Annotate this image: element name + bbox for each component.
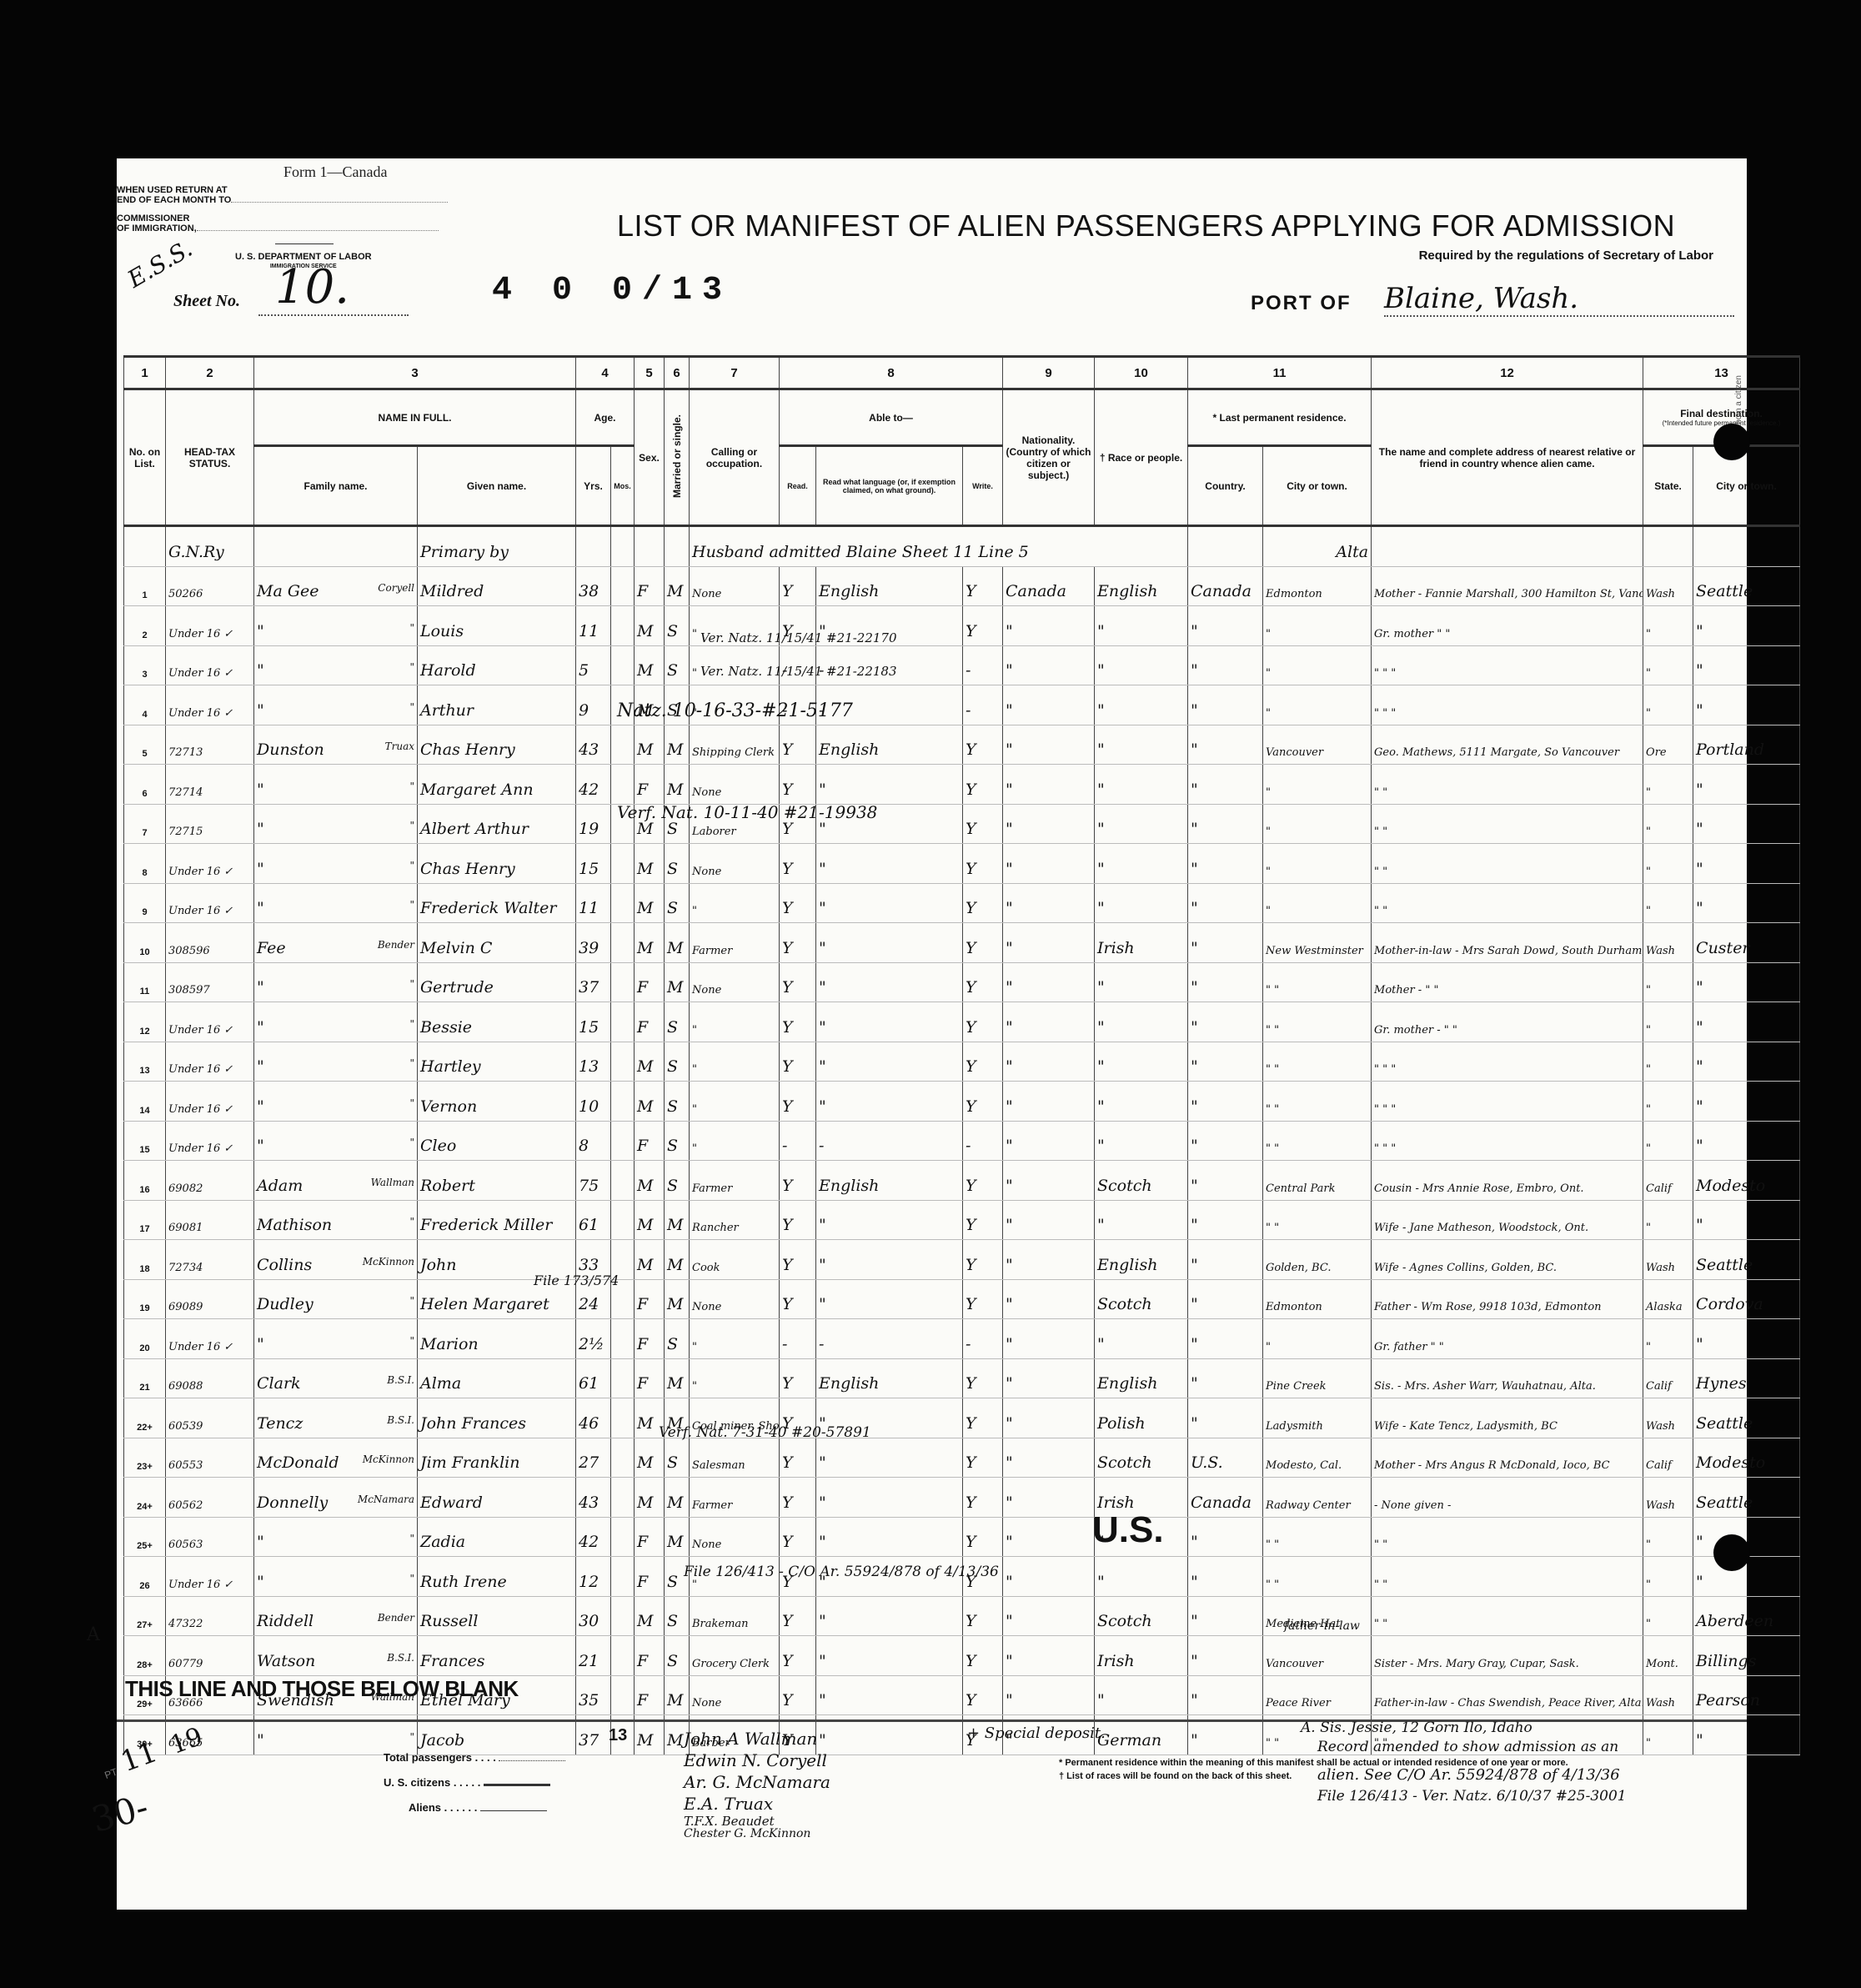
nationality-cell: " [1003, 1517, 1095, 1557]
country-cell: " [1188, 923, 1263, 963]
inspector-name: " [409, 1097, 414, 1109]
read-cell: Y [780, 844, 816, 884]
given-cell: Bessie [418, 1002, 576, 1042]
mos-cell [611, 1557, 635, 1597]
no-cell: 25+ [124, 1517, 166, 1557]
yrs-cell: 5 [576, 645, 611, 685]
race-cell: Polish [1095, 1398, 1188, 1438]
header-state: State. [1643, 446, 1693, 526]
header-married: Married or single. [665, 389, 690, 526]
ms-cell: M [665, 1279, 690, 1319]
table-row: 11308597""Gertrude37FMNoneY"Y"""" "Mothe… [124, 962, 1800, 1002]
tax-cell: Under 16 ✓ [166, 1121, 254, 1161]
inspector-name: Wallman [371, 1177, 414, 1188]
nationality-cell: " [1003, 685, 1095, 725]
nationality-cell: " [1003, 1200, 1095, 1240]
country-cell: " [1188, 1398, 1263, 1438]
read-cell: Y [780, 1675, 816, 1715]
city-cell: " " [1263, 1042, 1372, 1082]
no-cell: 7 [124, 804, 166, 844]
family-name-cell: "" [254, 645, 418, 685]
read-cell: Y [780, 1517, 816, 1557]
given-cell: Frances [418, 1636, 576, 1676]
ms-cell: M [665, 1517, 690, 1557]
mos-cell [611, 606, 635, 646]
city-cell: Vancouver [1263, 1636, 1372, 1676]
race-cell: " [1095, 685, 1188, 725]
header-able-to: Able to— [780, 389, 1003, 446]
state-cell: Wash [1643, 1398, 1693, 1438]
table-row: 14Under 16 ✓""Vernon10MS"Y"Y"""" "" " ""… [124, 1082, 1800, 1122]
dest-cell: " [1693, 883, 1800, 923]
country-cell: " [1188, 804, 1263, 844]
city-cell: " [1263, 844, 1372, 884]
city-cell: " " [1263, 1200, 1372, 1240]
ms-cell: S [665, 1438, 690, 1478]
state-cell: Mont. [1643, 1636, 1693, 1676]
tax-cell: Under 16 ✓ [166, 685, 254, 725]
family-name-cell: "" [254, 606, 418, 646]
yrs-cell: 10 [576, 1082, 611, 1122]
dest-cell: " [1693, 685, 1800, 725]
write-cell: Y [963, 962, 1003, 1002]
family-name-cell: "" [254, 804, 418, 844]
yrs-cell: 37 [576, 962, 611, 1002]
signature-beaudet: T.F.X. Beaudet [684, 1815, 830, 1828]
state-cell: Ore [1643, 725, 1693, 765]
table-row: 9Under 16 ✓""Frederick Walter11MS"Y"Y"""… [124, 883, 1800, 923]
ms-cell: S [665, 1002, 690, 1042]
yrs-cell: 15 [576, 1002, 611, 1042]
dest-cell: Modesto [1693, 1161, 1800, 1201]
write-cell: Y [963, 844, 1003, 884]
country-cell: " [1188, 1675, 1263, 1715]
nationality-cell: " [1003, 1002, 1095, 1042]
state-cell: Wash [1643, 1240, 1693, 1280]
sex-cell: M [635, 923, 665, 963]
occupation-cell: " [690, 1002, 780, 1042]
yrs-cell: 42 [576, 765, 611, 805]
mos-cell [611, 1517, 635, 1557]
family-name: " [257, 1137, 264, 1155]
tax-cell: Under 16 ✓ [166, 1557, 254, 1597]
race-cell: English [1095, 1358, 1188, 1398]
city-cell: Vancouver [1263, 725, 1372, 765]
occupation-cell: Brakeman [690, 1596, 780, 1636]
country-cell: " [1188, 645, 1263, 685]
nationality-cell: " [1003, 1161, 1095, 1201]
country-cell: " [1188, 1200, 1263, 1240]
dest-cell: Seattle [1693, 1478, 1800, 1518]
city-cell: " [1263, 804, 1372, 844]
port-label: PORT OF [1251, 292, 1352, 315]
no-cell: 24+ [124, 1478, 166, 1518]
write-cell: Y [963, 1161, 1003, 1201]
relative-cell: " " " [1372, 645, 1643, 685]
write-cell: Y [963, 1517, 1003, 1557]
relative-cell: " " " [1372, 685, 1643, 725]
inspector-name: McNamara [358, 1494, 414, 1505]
family-name-cell: "" [254, 1557, 418, 1597]
nationality-cell: " [1003, 1675, 1095, 1715]
header-last-residence: * Last permanent residence. [1188, 389, 1372, 446]
nationality-cell: " [1003, 1636, 1095, 1676]
race-cell: " [1095, 606, 1188, 646]
table-row: 12Under 16 ✓""Bessie15FS"Y"Y"""" "Gr. mo… [124, 1002, 1800, 1042]
tax-cell: 69081 [166, 1200, 254, 1240]
table-row: 27+47322RiddellBenderRussell30MSBrakeman… [124, 1596, 1800, 1636]
tax-cell: 60562 [166, 1478, 254, 1518]
sex-cell: F [635, 1121, 665, 1161]
write-cell: Y [963, 725, 1003, 765]
inspector-name: " [409, 661, 414, 673]
col-num-4: 4 [576, 357, 635, 389]
race-cell: Scotch [1095, 1279, 1188, 1319]
country-cell: " [1188, 1358, 1263, 1398]
no-cell: 23+ [124, 1438, 166, 1478]
no-cell: 22+ [124, 1398, 166, 1438]
naturalization-note-row-4: Ver. Natz. 11/15/41 #21-22170 [700, 630, 897, 645]
nationality-cell: " [1003, 804, 1095, 844]
mos-cell [611, 765, 635, 805]
yrs-cell: 19 [576, 804, 611, 844]
file-note-row-22: File 173/574 [534, 1273, 619, 1288]
inspector-name: B.S.I. [387, 1374, 414, 1386]
write-cell: Y [963, 1596, 1003, 1636]
mos-cell [611, 923, 635, 963]
sex-cell: M [635, 1596, 665, 1636]
mos-cell [611, 844, 635, 884]
language-cell: " [816, 1596, 963, 1636]
family-name: Dudley [257, 1295, 314, 1313]
ms-cell: M [665, 1240, 690, 1280]
dest-cell: " [1693, 765, 1800, 805]
inspector-name: " [409, 1731, 414, 1743]
yrs-cell: 30 [576, 1596, 611, 1636]
read-cell: Y [780, 1279, 816, 1319]
language-cell: " [816, 1636, 963, 1676]
amend-note-4: File 126/413 - Ver. Natz. 6/10/37 #25-30… [1317, 1788, 1627, 1805]
city-cell: " " [1263, 1557, 1372, 1597]
inspector-name: " [409, 622, 414, 634]
write-cell: Y [963, 1636, 1003, 1676]
mos-cell [611, 883, 635, 923]
tax-cell: 47322 [166, 1596, 254, 1636]
dest-cell: " [1693, 1082, 1800, 1122]
relative-cell: " " " [1372, 1082, 1643, 1122]
relative-cell: " " [1372, 1596, 1643, 1636]
race-cell: Scotch [1095, 1438, 1188, 1478]
relative-cell: " " [1372, 1557, 1643, 1597]
row-30-marker: A [87, 1624, 100, 1645]
write-cell: Y [963, 923, 1003, 963]
tax-cell: 308597 [166, 962, 254, 1002]
nationality-cell: " [1003, 1042, 1095, 1082]
ess-stamp: E.S.S. [123, 234, 197, 293]
mos-cell [611, 962, 635, 1002]
language-cell: - [816, 1319, 963, 1359]
given-cell: Harold [418, 645, 576, 685]
ms-cell: M [665, 765, 690, 805]
family-name-cell: RiddellBender [254, 1596, 418, 1636]
given-cell: Melvin C [418, 923, 576, 963]
family-name: " [257, 1731, 264, 1750]
us-citizens-label: U. S. citizens . . . . . [384, 1776, 550, 1789]
country-cell: " [1188, 962, 1263, 1002]
tax-cell: Under 16 ✓ [166, 1082, 254, 1122]
nationality-cell: " [1003, 1082, 1095, 1122]
yrs-cell: 13 [576, 1042, 611, 1082]
read-cell: Y [780, 1636, 816, 1676]
relative-cell: Sister - Mrs. Mary Gray, Cupar, Sask. [1372, 1636, 1643, 1676]
dest-cell: Cordova [1693, 1279, 1800, 1319]
write-cell: - [963, 685, 1003, 725]
header-relative: The name and complete address of nearest… [1372, 389, 1643, 526]
dest-cell: " [1693, 1002, 1800, 1042]
inspector-name: Bender [378, 939, 414, 951]
race-cell: " [1095, 1121, 1188, 1161]
country-cell: " [1188, 606, 1263, 646]
sex-cell: M [635, 725, 665, 765]
commissioner-line-2: OF IMMIGRATION, [117, 223, 439, 233]
nationality-cell: " [1003, 923, 1095, 963]
sex-cell: M [635, 606, 665, 646]
race-cell: " [1095, 1200, 1188, 1240]
table-row: 772715""Albert Arthur19MSLaborerY"Y"""""… [124, 804, 1800, 844]
read-cell: Y [780, 1200, 816, 1240]
sex-cell: F [635, 962, 665, 1002]
return-instruction: WHEN USED RETURN AT END OF EACH MONTH TO [117, 185, 448, 205]
signature-coryell: Edwin N. Coryell [684, 1750, 830, 1771]
country-cell: " [1188, 1082, 1263, 1122]
inspector-name: B.S.I. [387, 1652, 414, 1664]
header-age: Age. [576, 389, 635, 446]
tax-cell: Under 16 ✓ [166, 883, 254, 923]
read-cell: Y [780, 566, 816, 606]
ms-cell: S [665, 1636, 690, 1676]
mos-cell [611, 1042, 635, 1082]
amend-note-2: Record amended to show admission as an [1317, 1739, 1618, 1755]
yrs-cell: 39 [576, 923, 611, 963]
city-cell: " [1263, 685, 1372, 725]
mos-cell [611, 1200, 635, 1240]
inspector-name: " [409, 701, 414, 713]
manifest-code: 4 0 0/13 [492, 272, 732, 309]
family-name-cell: WatsonB.S.I. [254, 1636, 418, 1676]
read-cell: Y [780, 1240, 816, 1280]
tax-cell: 69088 [166, 1358, 254, 1398]
mos-cell [611, 566, 635, 606]
col-num-10: 10 [1095, 357, 1188, 389]
annotation-row: G.N.Ry Primary by Husband admitted Blain… [124, 526, 1800, 567]
family-name-cell: "" [254, 1082, 418, 1122]
state-cell: " [1643, 1557, 1693, 1597]
race-cell: " [1095, 645, 1188, 685]
col-num-5: 5 [635, 357, 665, 389]
family-name: Adam [257, 1177, 303, 1195]
inspector-annotation: Primary by [418, 526, 576, 567]
relative-cell: Mother - Fannie Marshall, 300 Hamilton S… [1372, 566, 1643, 606]
dest-cell: " [1693, 1200, 1800, 1240]
state-cell: " [1643, 1121, 1693, 1161]
no-cell: 28+ [124, 1636, 166, 1676]
city-cell: Central Park [1263, 1161, 1372, 1201]
relative-cell: Wife - Agnes Collins, Golden, BC. [1372, 1240, 1643, 1280]
punch-hole [1713, 424, 1750, 460]
write-cell: - [963, 1121, 1003, 1161]
given-cell: Zadia [418, 1517, 576, 1557]
mos-cell [611, 645, 635, 685]
port-value: Blaine, Wash. [1384, 282, 1734, 317]
family-name: Tencz [257, 1414, 303, 1433]
sex-cell: M [635, 883, 665, 923]
given-cell: Russell [418, 1596, 576, 1636]
dest-cell: " [1693, 1319, 1800, 1359]
language-cell: - [816, 1121, 963, 1161]
state-cell: Calif [1643, 1358, 1693, 1398]
family-name-cell: TenczB.S.I. [254, 1398, 418, 1438]
write-cell: Y [963, 1358, 1003, 1398]
family-name: " [257, 1018, 264, 1037]
header-mos: Mos. [611, 446, 635, 526]
race-cell: " [1095, 1002, 1188, 1042]
sex-cell: M [635, 645, 665, 685]
mos-cell [611, 1358, 635, 1398]
dest-cell: " [1693, 804, 1800, 844]
ms-cell: M [665, 1358, 690, 1398]
dest-cell: " [1693, 1121, 1800, 1161]
occupation-cell: None [690, 1279, 780, 1319]
sex-cell: F [635, 1636, 665, 1676]
header-head-tax: HEAD-TAX STATUS. [166, 389, 254, 526]
dest-cell: Aberdeen [1693, 1596, 1800, 1636]
inspector-name: Coryell [378, 582, 414, 594]
inspector-name: " [409, 899, 414, 911]
page-subtitle: Required by the regulations of Secretary… [1419, 248, 1713, 263]
table-row: 8Under 16 ✓""Chas Henry15MSNoneY"Y""""" … [124, 844, 1800, 884]
race-cell: " [1095, 883, 1188, 923]
family-name: " [257, 1097, 264, 1116]
write-cell: Y [963, 1042, 1003, 1082]
sex-cell: F [635, 566, 665, 606]
header-race: † Race or people. [1095, 389, 1188, 526]
city-cell: New Westminster [1263, 923, 1372, 963]
relative-cell: Wife - Kate Tencz, Ladysmith, BC [1372, 1398, 1643, 1438]
header-name-in-full: NAME IN FULL. [254, 389, 576, 446]
read-cell: Y [780, 1478, 816, 1518]
tax-cell: 69082 [166, 1161, 254, 1201]
divider [275, 243, 334, 244]
write-cell: Y [963, 1398, 1003, 1438]
relative-cell: Gr. mother - " " [1372, 1002, 1643, 1042]
yrs-cell: 42 [576, 1517, 611, 1557]
relative-cell: " " [1372, 1517, 1643, 1557]
table-row: 1769081Mathison"Frederick Miller61MMRanc… [124, 1200, 1800, 1240]
given-cell: John Frances [418, 1398, 576, 1438]
header-no-on-list: No. on List. [124, 389, 166, 526]
special-deposit-note: + Special deposit. [967, 1724, 1106, 1742]
ms-cell: M [665, 962, 690, 1002]
language-cell: " [816, 1002, 963, 1042]
relative-cell: Mother - " " [1372, 962, 1643, 1002]
occupation-cell: " [690, 1082, 780, 1122]
write-cell: - [963, 645, 1003, 685]
dest-cell: Seattle [1693, 1398, 1800, 1438]
table-row: 13Under 16 ✓""Hartley13MS"Y"Y"""" "" " "… [124, 1042, 1800, 1082]
write-cell: Y [963, 1200, 1003, 1240]
sex-cell: M [635, 1082, 665, 1122]
relative-cell: " " [1372, 804, 1643, 844]
ms-cell: M [665, 1200, 690, 1240]
given-cell: Albert Arthur [418, 804, 576, 844]
country-cell: " [1188, 1240, 1263, 1280]
no-cell: 19 [124, 1279, 166, 1319]
dest-cell: " [1693, 962, 1800, 1002]
table-row: 22+60539TenczB.S.I.John Frances46MMCoal … [124, 1398, 1800, 1438]
mos-cell [611, 1082, 635, 1122]
inspector-name: " [409, 1335, 414, 1347]
race-cell: " [1095, 844, 1188, 884]
given-cell: Jim Franklin [418, 1438, 576, 1478]
given-cell: Chas Henry [418, 725, 576, 765]
ms-cell: M [665, 725, 690, 765]
commissioner-label: COMMISSIONER OF IMMIGRATION, [117, 213, 439, 233]
inspector-name: Bender [378, 1612, 414, 1624]
nationality-cell: " [1003, 844, 1095, 884]
no-cell: 3 [124, 645, 166, 685]
yrs-cell: 2½ [576, 1319, 611, 1359]
relative-cell: Mother-in-law - Mrs Sarah Dowd, South Du… [1372, 923, 1643, 963]
mos-cell [611, 1636, 635, 1676]
signature-wallman: John A Wallman [684, 1728, 830, 1750]
yrs-cell: 8 [576, 1121, 611, 1161]
occupation-cell: None [690, 765, 780, 805]
province-note: Alta [1263, 526, 1372, 567]
read-cell: Y [780, 765, 816, 805]
language-cell: " [816, 765, 963, 805]
ms-cell: S [665, 645, 690, 685]
state-cell: Wash [1643, 566, 1693, 606]
nationality-cell: " [1003, 1596, 1095, 1636]
table-row: 1969089Dudley"Helen Margaret24FMNoneY"Y"… [124, 1279, 1800, 1319]
nationality-cell: " [1003, 1438, 1095, 1478]
given-cell: Marion [418, 1319, 576, 1359]
country-cell: " [1188, 1279, 1263, 1319]
mos-cell [611, 1438, 635, 1478]
city-cell: " [1263, 1319, 1372, 1359]
ms-cell: M [665, 1675, 690, 1715]
table-row: 572713DunstonTruaxChas Henry43MMShipping… [124, 725, 1800, 765]
family-name-cell: DunstonTruax [254, 725, 418, 765]
country-cell: " [1188, 1161, 1263, 1201]
no-cell: 6 [124, 765, 166, 805]
tax-cell: 60539 [166, 1398, 254, 1438]
family-name-cell: CollinsMcKinnon [254, 1240, 418, 1280]
no-cell: 20 [124, 1319, 166, 1359]
read-cell: Y [780, 1002, 816, 1042]
given-cell: Gertrude [418, 962, 576, 1002]
state-cell: " [1643, 1319, 1693, 1359]
language-cell: " [816, 1438, 963, 1478]
family-name: McDonald [257, 1453, 339, 1472]
country-cell: " [1188, 765, 1263, 805]
write-cell: Y [963, 1675, 1003, 1715]
mos-cell [611, 1161, 635, 1201]
nationality-cell: " [1003, 1478, 1095, 1518]
yrs-cell: 21 [576, 1636, 611, 1676]
occupation-cell: Farmer [690, 923, 780, 963]
nationality-cell: " [1003, 1319, 1095, 1359]
